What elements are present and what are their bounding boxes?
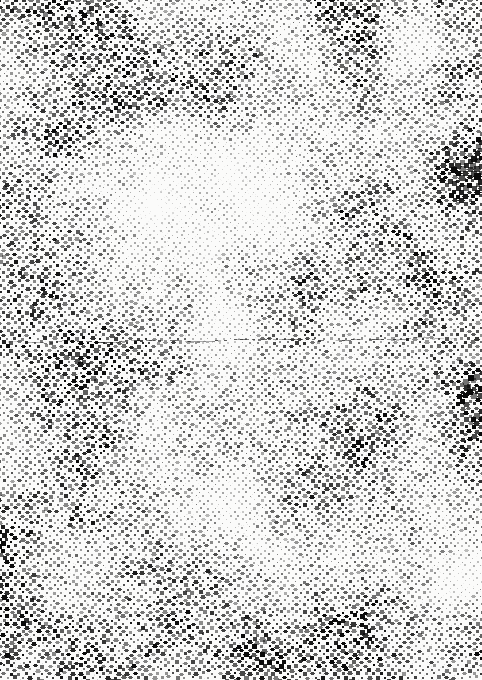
halftone-scan-page [0, 0, 482, 680]
halftone-texture-canvas [0, 0, 482, 680]
